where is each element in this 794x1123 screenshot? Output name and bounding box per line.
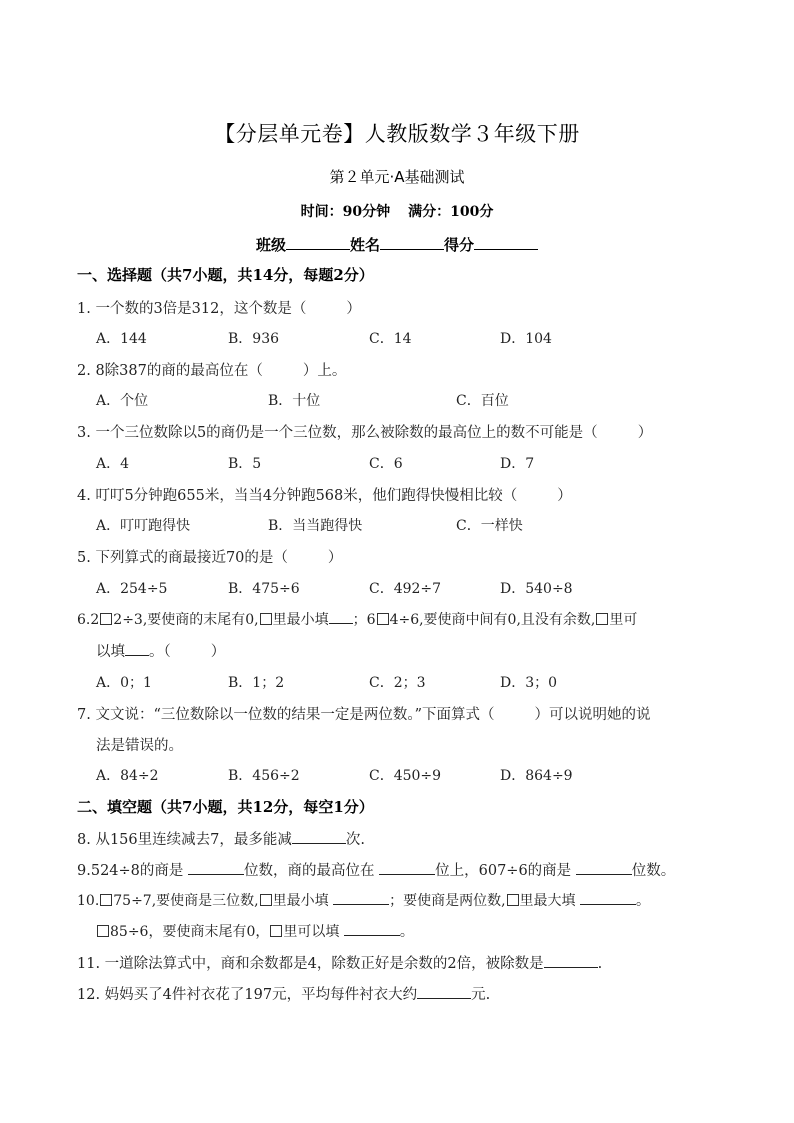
fill-blank[interactable] [417,984,471,999]
option-d[interactable]: D．7 [500,453,534,473]
question-10: 10.75÷7,要使商是三位数,里最小填 ；要使商是两位数,里最大填 。 [77,890,650,910]
question-7-line2: 法是错误的。 [96,734,183,755]
section-title-choice: 一、选择题（共7小题，共14分，每题2分） [77,264,374,285]
fill-blank[interactable] [576,860,632,875]
fill-blank[interactable] [329,609,353,624]
question-text: 位数，商的最高位在 [244,863,375,879]
full-score-label: 满分：100分 [408,204,493,220]
question-number: 7. [77,707,91,723]
student-info: 班级姓名得分 [0,233,794,255]
question-number: 8. [77,832,91,848]
option-c[interactable]: C．6 [369,453,403,473]
question-text: 妈妈买了4件衬衣花了197元，平均每件衬衣大约 [105,987,417,1003]
question-text: 。（ [149,644,171,660]
blank-box-icon [596,613,608,625]
option-c[interactable]: C．百位 [456,390,509,410]
question-text: 下列算式的商最接近70的是（ [95,550,287,566]
question-tail: ）上。 [303,363,347,379]
question-text: 从156里连续减去7，最多能减 [95,832,291,848]
question-12: 12. 妈妈买了4件衬衣花了197元，平均每件衬衣大约元. [77,983,490,1004]
question-9: 9.524÷8的商是 位数，商的最高位在 位上，607÷6的商是 位数。 [77,859,675,880]
option-b[interactable]: B．当当跑得快 [268,515,362,535]
fill-blank[interactable] [292,829,346,844]
option-b[interactable]: B．936 [228,328,279,348]
blank-box-icon [97,925,109,937]
question-text: 里最小填 [273,612,329,628]
question-text: 文文说：“三位数除以一位数的结果一定是两位数。”下面算式（ [95,707,494,723]
question-5: 5. 下列算式的商最接近70的是（） [77,546,342,567]
question-11: 11. 一道除法算式中，商和余数都是4，除数正好是余数的2倍，被除数是. [77,952,602,973]
question-7: 7. 文文说：“三位数除以一位数的结果一定是两位数。”下面算式（）可以说明她的说 [77,703,651,724]
question-number: 3. [77,425,91,441]
question-text: ；要使商是两位数, [389,893,505,909]
name-field[interactable] [380,233,444,250]
option-d[interactable]: D．3；0 [500,672,557,692]
question-tail: 。 [400,924,414,940]
time-label: 时间：90分钟 [301,204,390,220]
question-4: 4. 叮叮5分钟跑655米，当当4分钟跑568米，他们跑得快慢相比较（） [77,484,572,505]
option-b[interactable]: B．十位 [268,390,320,410]
class-label: 班级 [256,236,286,254]
question-text: 4÷6,要使商中间有0,且没有余数, [390,612,596,628]
option-c[interactable]: C．14 [369,328,412,348]
fill-blank[interactable] [580,890,636,905]
question-number: 1. [77,301,91,317]
question-text: 里可 [609,612,637,628]
question-1: 1. 一个数的3倍是312，这个数是（） [77,297,361,318]
option-a[interactable]: A．254÷5 [96,578,167,598]
question-8: 8. 从156里连续减去7，最多能减次. [77,828,365,849]
question-6-line2: 以填。（） [96,640,225,661]
question-tail: 元. [471,987,490,1003]
option-b[interactable]: B．456÷2 [228,765,300,785]
fill-blank[interactable] [544,953,598,968]
question-text: ；6 [353,612,376,628]
question-tail: ） [211,644,226,660]
question-tail: ） [638,425,653,441]
score-field[interactable] [474,233,538,250]
question-text: 里最小填 [273,893,329,909]
option-d[interactable]: D．864÷9 [500,765,573,785]
page-title: 【分层单元卷】人教版数学３年级下册 [0,118,794,148]
question-tail: ） [557,488,572,504]
blank-box-icon [260,613,272,625]
fill-blank[interactable] [333,890,389,905]
blank-box-icon [270,925,282,937]
option-a[interactable]: A．84÷2 [96,765,159,785]
question-10-line2: 85÷6，要使商末尾有0，里可以填 。 [96,921,414,941]
question-number: 6. [77,612,90,628]
exam-meta: 时间：90分钟满分：100分 [0,201,794,221]
question-number: 5. [77,550,91,566]
option-c[interactable]: C．一样快 [456,515,523,535]
fill-blank[interactable] [125,641,149,656]
question-text: 里可以填 [283,924,339,940]
name-label: 姓名 [350,236,380,254]
question-number: 12. [77,987,100,1003]
option-a[interactable]: A．个位 [96,390,148,410]
question-2: 2. 8除387的商的最高位在（）上。 [77,359,346,380]
option-c[interactable]: C．492÷7 [369,578,441,598]
question-text: 2 [90,612,99,628]
option-a[interactable]: A．144 [96,328,147,348]
question-text: 524÷8的商是 [91,863,184,879]
question-text: 8除387的商的最高位在（ [95,363,262,379]
fill-blank[interactable] [344,921,400,936]
question-number: 2. [77,363,91,379]
fill-blank[interactable] [188,860,244,875]
blank-box-icon [100,613,112,625]
option-b[interactable]: B．475÷6 [228,578,300,598]
fill-blank[interactable] [379,860,435,875]
question-text: 一个三位数除以5的商仍是一个三位数，那么被除数的最高位上的数不可能是（ [95,425,597,441]
question-tail: 。 [636,893,650,909]
option-a[interactable]: A．4 [96,453,129,473]
class-field[interactable] [286,233,350,250]
option-b[interactable]: B．5 [228,453,261,473]
question-tail: ） [328,550,343,566]
question-number: 10. [77,893,99,909]
section-title-fill: 二、填空题（共7小题，共12分，每空1分） [77,796,374,817]
question-text: 里最大填 [520,893,576,909]
question-text: 叮叮5分钟跑655米，当当4分钟跑568米，他们跑得快慢相比较（ [95,488,517,504]
blank-box-icon [507,894,519,906]
question-number: 4. [77,488,91,504]
question-text: 一个数的3倍是312，这个数是（ [95,301,306,317]
question-tail: 次. [346,832,365,848]
question-tail: 位数。 [632,863,676,879]
page-subtitle: 第２单元·A基础测试 [0,166,794,187]
option-a[interactable]: A．0；1 [96,672,152,692]
option-a[interactable]: A．叮叮跑得快 [96,515,190,535]
blank-box-icon [260,894,272,906]
question-text: 一道除法算式中，商和余数都是4，除数正好是余数的2倍，被除数是 [105,956,544,972]
blank-box-icon [377,613,389,625]
option-c[interactable]: C．2；3 [369,672,426,692]
question-text: 85÷6，要使商末尾有0， [110,924,269,940]
option-c[interactable]: C．450÷9 [369,765,441,785]
question-text: 以填 [96,644,125,660]
question-text: 75÷7,要使商是三位数, [113,893,258,909]
question-tail: ） [346,301,361,317]
score-label: 得分 [444,236,474,254]
option-b[interactable]: B．1；2 [228,672,284,692]
question-number: 9. [77,863,91,879]
question-3: 3. 一个三位数除以5的商仍是一个三位数，那么被除数的最高位上的数不可能是（） [77,421,652,442]
option-d[interactable]: D．540÷8 [500,578,573,598]
exam-page: 【分层单元卷】人教版数学３年级下册 第２单元·A基础测试 时间：90分钟满分：1… [0,0,794,1123]
question-text: 2÷3,要使商的末尾有0, [113,612,258,628]
question-text: 位上，607÷6的商是 [435,863,571,879]
question-number: 11. [77,956,100,972]
question-6: 6.22÷3,要使商的末尾有0,里最小填；64÷6,要使商中间有0,且没有余数,… [77,609,637,629]
question-tail: ）可以说明她的说 [535,707,651,723]
option-d[interactable]: D．104 [500,328,552,348]
blank-box-icon [100,894,112,906]
question-tail: . [598,956,603,972]
